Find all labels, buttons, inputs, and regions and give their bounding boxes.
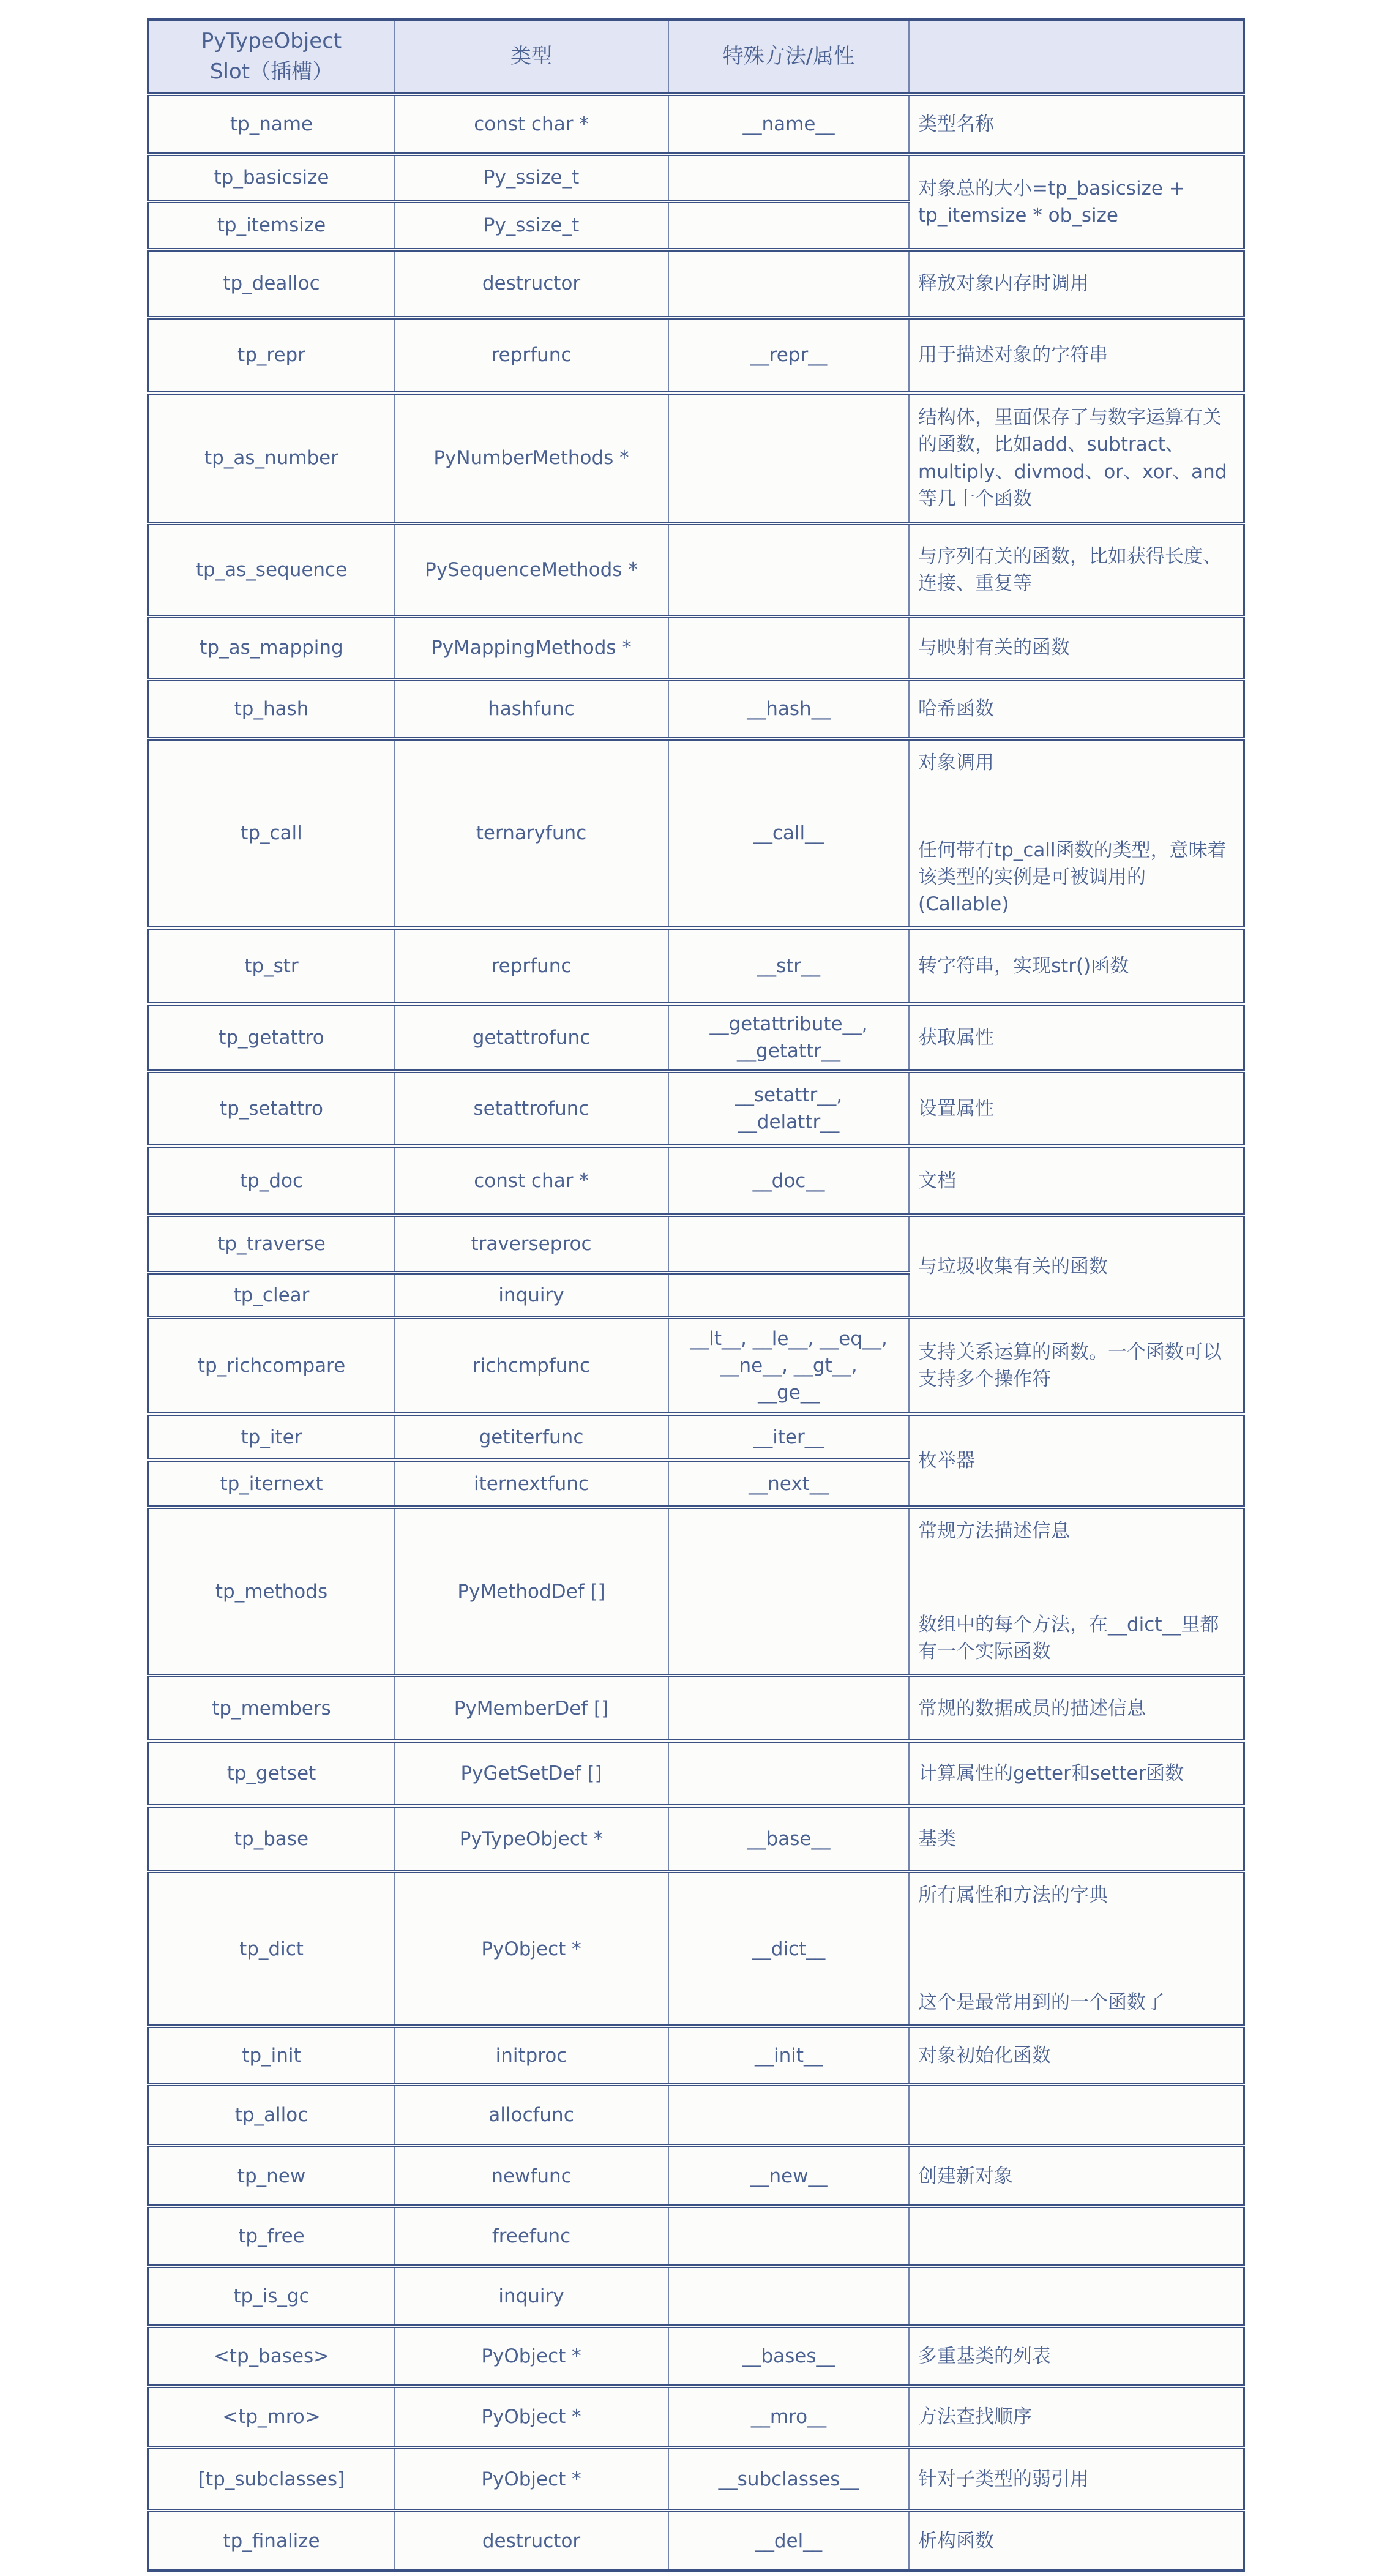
type-cell: inquiry (394, 1273, 668, 1317)
desc-cell: 创建新对象 (909, 2146, 1244, 2206)
type-cell: reprfunc (394, 318, 668, 393)
slot-cell: <tp_mro> (148, 2386, 394, 2447)
table-row: tp_getsetPyGetSetDef []计算属性的getter和sette… (148, 1741, 1244, 1806)
header-description (909, 20, 1244, 94)
slot-cell: tp_getattro (148, 1004, 394, 1071)
type-cell: reprfunc (394, 928, 668, 1004)
desc-cell: 设置属性 (909, 1071, 1244, 1146)
table-row: [tp_subclasses]PyObject *__subclasses__针… (148, 2447, 1244, 2510)
slot-cell: tp_base (148, 1806, 394, 1871)
table-row: tp_allocallocfunc (148, 2084, 1244, 2146)
desc-cell (909, 2266, 1244, 2326)
desc-paragraph: 所有属性和方法的字典 (918, 1882, 1233, 1909)
desc-paragraph: 任何带有tp_call函数的类型，意味着该类型的实例是可被调用的(Callabl… (918, 837, 1233, 918)
table-row: tp_strreprfunc__str__转字符串，实现str()函数 (148, 928, 1244, 1004)
special-cell (668, 201, 909, 250)
slot-cell: tp_as_sequence (148, 523, 394, 616)
special-cell (668, 250, 909, 318)
special-cell (668, 1215, 909, 1273)
table-row: tp_setattrosetattrofunc__setattr__, __de… (148, 1071, 1244, 1146)
desc-cell: 多重基类的列表 (909, 2326, 1244, 2386)
header-row: PyTypeObject Slot（插槽） 类型 特殊方法/属性 (148, 20, 1244, 94)
slot-cell: tp_doc (148, 1146, 394, 1215)
table-row: tp_dictPyObject *__dict__所有属性和方法的字典这个是最常… (148, 1871, 1244, 2026)
table-row: tp_as_numberPyNumberMethods *结构体，里面保存了与数… (148, 393, 1244, 523)
special-cell: __lt__, __le__, __eq__, __ne__, __gt__, … (668, 1317, 909, 1414)
special-cell: __mro__ (668, 2386, 909, 2447)
special-cell: __hash__ (668, 680, 909, 739)
type-cell: PyObject * (394, 2386, 668, 2447)
table-row: tp_initinitproc__init__对象初始化函数 (148, 2026, 1244, 2084)
type-cell: freefunc (394, 2206, 668, 2266)
special-cell: __next__ (668, 1460, 909, 1507)
slot-cell: tp_new (148, 2146, 394, 2206)
special-cell (668, 1741, 909, 1806)
pytypeobject-slots-table: PyTypeObject Slot（插槽） 类型 特殊方法/属性 tp_name… (147, 18, 1245, 2572)
special-cell: __new__ (668, 2146, 909, 2206)
special-cell (668, 1273, 909, 1317)
table-row: tp_methodsPyMethodDef []常规方法描述信息数组中的每个方法… (148, 1507, 1244, 1676)
table-row: tp_hashhashfunc__hash__哈希函数 (148, 680, 1244, 739)
table-row: tp_getattrogetattrofunc__getattribute__,… (148, 1004, 1244, 1071)
slot-cell: tp_str (148, 928, 394, 1004)
slot-cell: tp_iternext (148, 1460, 394, 1507)
special-cell (668, 2084, 909, 2146)
slot-cell: tp_call (148, 739, 394, 928)
special-cell: __repr__ (668, 318, 909, 393)
header-type: 类型 (394, 20, 668, 94)
special-cell (668, 2206, 909, 2266)
type-cell: richcmpfunc (394, 1317, 668, 1414)
special-cell (668, 1676, 909, 1741)
table-row: tp_is_gcinquiry (148, 2266, 1244, 2326)
desc-cell: 转字符串，实现str()函数 (909, 928, 1244, 1004)
desc-cell: 支持关系运算的函数。一个函数可以支持多个操作符 (909, 1317, 1244, 1414)
desc-cell: 对象调用任何带有tp_call函数的类型，意味着该类型的实例是可被调用的(Cal… (909, 739, 1244, 928)
desc-cell: 析构函数 (909, 2510, 1244, 2570)
type-cell: PyObject * (394, 2447, 668, 2510)
special-cell (668, 616, 909, 680)
type-cell: PyObject * (394, 1871, 668, 2026)
type-cell: const char * (394, 94, 668, 154)
header-slot: PyTypeObject Slot（插槽） (148, 20, 394, 94)
slot-cell: tp_as_mapping (148, 616, 394, 680)
slot-cell: tp_basicsize (148, 154, 394, 201)
slot-cell: tp_init (148, 2026, 394, 2084)
special-cell (668, 2266, 909, 2326)
slot-cell: tp_hash (148, 680, 394, 739)
slot-cell: [tp_subclasses] (148, 2447, 394, 2510)
table-row: tp_richcomparerichcmpfunc__lt__, __le__,… (148, 1317, 1244, 1414)
table-row: tp_docconst char *__doc__文档 (148, 1146, 1244, 1215)
special-cell: __doc__ (668, 1146, 909, 1215)
slot-cell: tp_alloc (148, 2084, 394, 2146)
table-row: tp_deallocdestructor释放对象内存时调用 (148, 250, 1244, 318)
table-row: tp_membersPyMemberDef []常规的数据成员的描述信息 (148, 1676, 1244, 1741)
type-cell: destructor (394, 2510, 668, 2570)
desc-cell: 针对子类型的弱引用 (909, 2447, 1244, 2510)
special-cell (668, 1507, 909, 1676)
type-cell: newfunc (394, 2146, 668, 2206)
special-cell (668, 393, 909, 523)
table-row: tp_callternaryfunc__call__对象调用任何带有tp_cal… (148, 739, 1244, 928)
slot-cell: <tp_bases> (148, 2326, 394, 2386)
desc-paragraph: 这个是最常用到的一个函数了 (918, 1989, 1233, 2016)
special-cell: __iter__ (668, 1414, 909, 1460)
table-row: tp_reprreprfunc__repr__用于描述对象的字符串 (148, 318, 1244, 393)
type-cell: ternaryfunc (394, 739, 668, 928)
special-cell: __subclasses__ (668, 2447, 909, 2510)
special-cell: __getattribute__, __getattr__ (668, 1004, 909, 1071)
slot-cell: tp_as_number (148, 393, 394, 523)
type-cell: PyMethodDef [] (394, 1507, 668, 1676)
desc-cell: 常规方法描述信息数组中的每个方法，在__dict__里都有一个实际函数 (909, 1507, 1244, 1676)
slot-cell: tp_methods (148, 1507, 394, 1676)
header-special-methods: 特殊方法/属性 (668, 20, 909, 94)
slot-table-body: tp_nameconst char *__name__类型名称tp_basics… (148, 94, 1244, 2570)
table-row: tp_basePyTypeObject *__base__基类 (148, 1806, 1244, 1871)
type-cell: const char * (394, 1146, 668, 1215)
desc-cell: 与垃圾收集有关的函数 (909, 1215, 1244, 1317)
table-row: tp_basicsizePy_ssize_t对象总的大小=tp_basicsiz… (148, 154, 1244, 201)
slot-cell: tp_repr (148, 318, 394, 393)
type-cell: iternextfunc (394, 1460, 668, 1507)
table-row: tp_as_sequencePySequenceMethods *与序列有关的函… (148, 523, 1244, 616)
slot-cell: tp_dict (148, 1871, 394, 2026)
table-row: tp_nameconst char *__name__类型名称 (148, 94, 1244, 154)
desc-cell: 文档 (909, 1146, 1244, 1215)
table-row: <tp_bases>PyObject *__bases__多重基类的列表 (148, 2326, 1244, 2386)
slot-cell: tp_free (148, 2206, 394, 2266)
type-cell: PyNumberMethods * (394, 393, 668, 523)
type-cell: allocfunc (394, 2084, 668, 2146)
type-cell: initproc (394, 2026, 668, 2084)
type-cell: setattrofunc (394, 1071, 668, 1146)
desc-cell: 常规的数据成员的描述信息 (909, 1676, 1244, 1741)
special-cell (668, 523, 909, 616)
type-cell: PySequenceMethods * (394, 523, 668, 616)
desc-cell: 枚举器 (909, 1414, 1244, 1507)
table-row: <tp_mro>PyObject *__mro__方法查找顺序 (148, 2386, 1244, 2447)
special-cell: __name__ (668, 94, 909, 154)
desc-cell: 释放对象内存时调用 (909, 250, 1244, 318)
table-row: tp_traversetraverseproc与垃圾收集有关的函数 (148, 1215, 1244, 1273)
slot-cell: tp_setattro (148, 1071, 394, 1146)
desc-paragraph: 常规方法描述信息 (918, 1518, 1233, 1544)
desc-cell: 获取属性 (909, 1004, 1244, 1071)
special-cell: __init__ (668, 2026, 909, 2084)
desc-cell (909, 2084, 1244, 2146)
slot-cell: tp_name (148, 94, 394, 154)
desc-cell: 对象初始化函数 (909, 2026, 1244, 2084)
type-cell: Py_ssize_t (394, 201, 668, 250)
type-cell: inquiry (394, 2266, 668, 2326)
desc-paragraph: 对象调用 (918, 749, 1233, 776)
special-cell: __call__ (668, 739, 909, 928)
desc-cell: 哈希函数 (909, 680, 1244, 739)
desc-cell: 所有属性和方法的字典这个是最常用到的一个函数了 (909, 1871, 1244, 2026)
desc-cell (909, 2206, 1244, 2266)
desc-cell: 结构体，里面保存了与数字运算有关的函数，比如add、subtract、multi… (909, 393, 1244, 523)
desc-cell: 计算属性的getter和setter函数 (909, 1741, 1244, 1806)
type-cell: destructor (394, 250, 668, 318)
slot-cell: tp_members (148, 1676, 394, 1741)
special-cell: __del__ (668, 2510, 909, 2570)
desc-cell: 对象总的大小=tp_basicsize + tp_itemsize * ob_s… (909, 154, 1244, 250)
table-row: tp_finalizedestructor__del__析构函数 (148, 2510, 1244, 2570)
type-cell: getattrofunc (394, 1004, 668, 1071)
special-cell: __str__ (668, 928, 909, 1004)
table-row: tp_newnewfunc__new__创建新对象 (148, 2146, 1244, 2206)
special-cell: __setattr__, __delattr__ (668, 1071, 909, 1146)
type-cell: getiterfunc (394, 1414, 668, 1460)
desc-cell: 方法查找顺序 (909, 2386, 1244, 2447)
type-cell: PyObject * (394, 2326, 668, 2386)
special-cell: __dict__ (668, 1871, 909, 2026)
desc-cell: 与序列有关的函数，比如获得长度、连接、重复等 (909, 523, 1244, 616)
special-cell: __base__ (668, 1806, 909, 1871)
slot-cell: tp_iter (148, 1414, 394, 1460)
desc-cell: 类型名称 (909, 94, 1244, 154)
type-cell: Py_ssize_t (394, 154, 668, 201)
table-row: tp_as_mappingPyMappingMethods *与映射有关的函数 (148, 616, 1244, 680)
table-row: tp_itergetiterfunc__iter__枚举器 (148, 1414, 1244, 1460)
slot-cell: tp_clear (148, 1273, 394, 1317)
slot-cell: tp_getset (148, 1741, 394, 1806)
type-cell: PyGetSetDef [] (394, 1741, 668, 1806)
desc-cell: 基类 (909, 1806, 1244, 1871)
table-row: tp_freefreefunc (148, 2206, 1244, 2266)
type-cell: PyMemberDef [] (394, 1676, 668, 1741)
slot-cell: tp_is_gc (148, 2266, 394, 2326)
slot-cell: tp_dealloc (148, 250, 394, 318)
type-cell: hashfunc (394, 680, 668, 739)
slot-cell: tp_itemsize (148, 201, 394, 250)
type-cell: PyTypeObject * (394, 1806, 668, 1871)
type-cell: traverseproc (394, 1215, 668, 1273)
special-cell (668, 154, 909, 201)
slot-cell: tp_traverse (148, 1215, 394, 1273)
desc-cell: 用于描述对象的字符串 (909, 318, 1244, 393)
slot-cell: tp_finalize (148, 2510, 394, 2570)
desc-paragraph: 数组中的每个方法，在__dict__里都有一个实际函数 (918, 1611, 1233, 1665)
special-cell: __bases__ (668, 2326, 909, 2386)
slot-cell: tp_richcompare (148, 1317, 394, 1414)
type-cell: PyMappingMethods * (394, 616, 668, 680)
desc-cell: 与映射有关的函数 (909, 616, 1244, 680)
